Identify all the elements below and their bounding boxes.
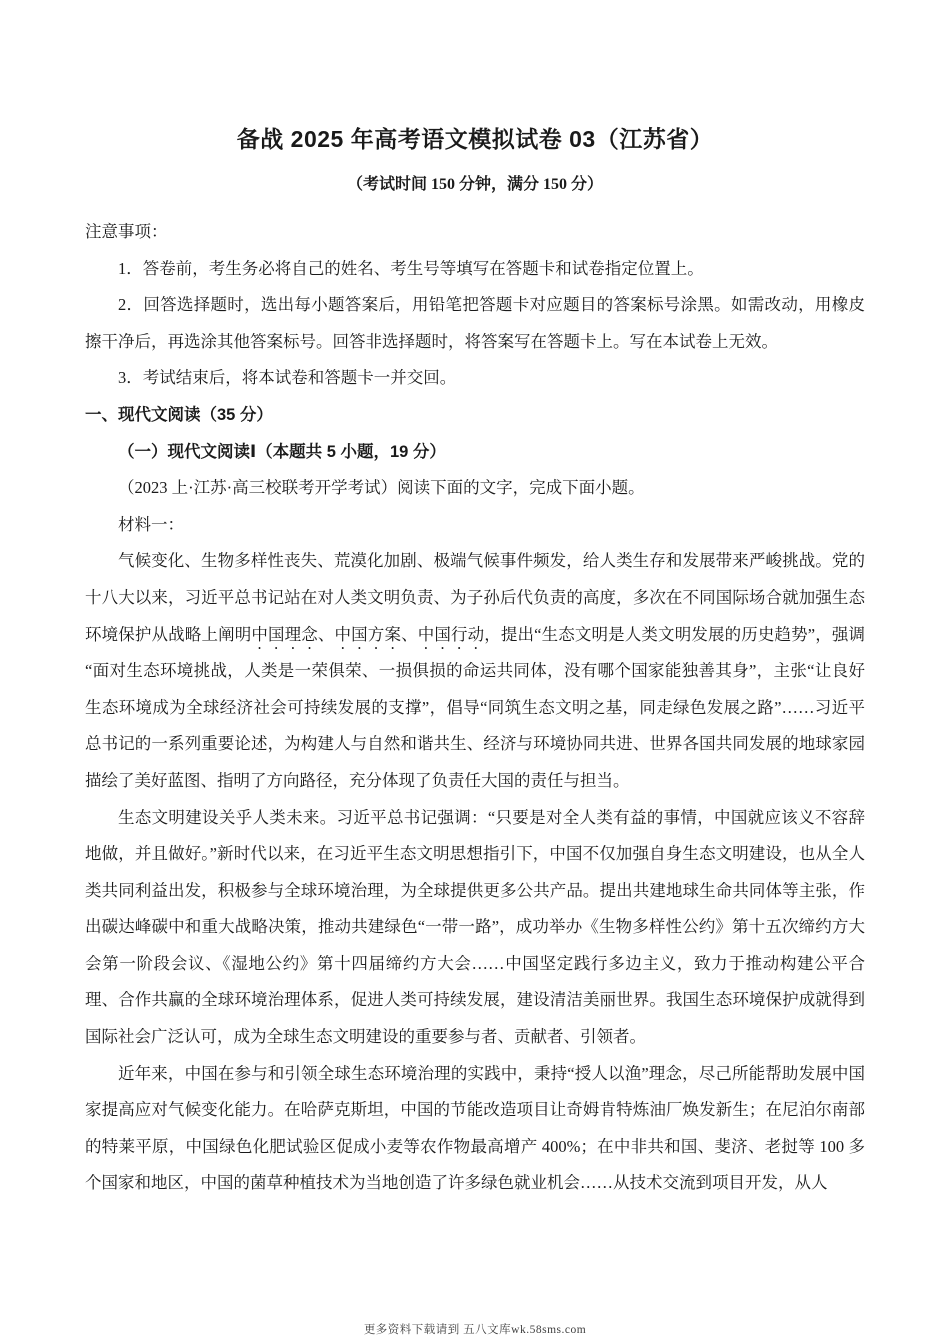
material-paragraph-3: 近年来，中国在参与和引领全球生态环境治理的实践中，秉持“授人以渔”理念，尽己所能… xyxy=(85,1056,865,1202)
source-line: （2023 上·江苏·高三校联考开学考试）阅读下面的文字，完成下面小题。 xyxy=(85,470,865,507)
notice-item-2: 2．回答选择题时，选出每小题答案后，用铅笔把答题卡对应题目的答案标号涂黑。如需改… xyxy=(85,287,865,360)
footer: 更多资料下载请到 五八文库wk.58sms.com xyxy=(0,1323,950,1337)
document-body: 注意事项： 1．答卷前，考生务必将自己的姓名、考生号等填写在答题卡和试卷指定位置… xyxy=(85,214,865,1202)
footer-watermark-text: 更多资料下载请到 五八文库wk.58sms.com xyxy=(364,1324,586,1336)
material-one-label: 材料一： xyxy=(85,507,865,544)
notice-item-1: 1．答卷前，考生务必将自己的姓名、考生号等填写在答题卡和试卷指定位置上。 xyxy=(85,251,865,288)
paragraph-1-text-after: ，提出“生态文明是人类文明发展的历史趋势”，强调“面对生态环境挑战，人类是一荣俱… xyxy=(85,625,865,790)
section-heading-modern-reading: 一、现代文阅读（35 分） xyxy=(85,397,865,434)
notice-item-3: 3．考试结束后，将本试卷和答题卡一并交回。 xyxy=(85,360,865,397)
paragraph-1-emphasized-text: 中国理念、中国方案、中国行动 xyxy=(251,625,484,644)
exam-paper-page: 备战 2025 年高考语文模拟试卷 03（江苏省） （考试时间 150 分钟，满… xyxy=(85,0,865,1202)
material-paragraph-1: 气候变化、生物多样性丧失、荒漠化加剧、极端气候事件频发，给人类生存和发展带来严峻… xyxy=(85,543,865,799)
exam-time-subtitle: （考试时间 150 分钟，满分 150 分） xyxy=(85,175,865,195)
page-title: 备战 2025 年高考语文模拟试卷 03（江苏省） xyxy=(85,124,865,154)
subsection-heading-reading-one: （一）现代文阅读Ⅰ（本题共 5 小题，19 分） xyxy=(85,434,865,471)
notice-heading: 注意事项： xyxy=(85,214,865,251)
material-paragraph-2: 生态文明建设关乎人类未来。习近平总书记强调：“只要是对全人类有益的事情，中国就应… xyxy=(85,800,865,1056)
